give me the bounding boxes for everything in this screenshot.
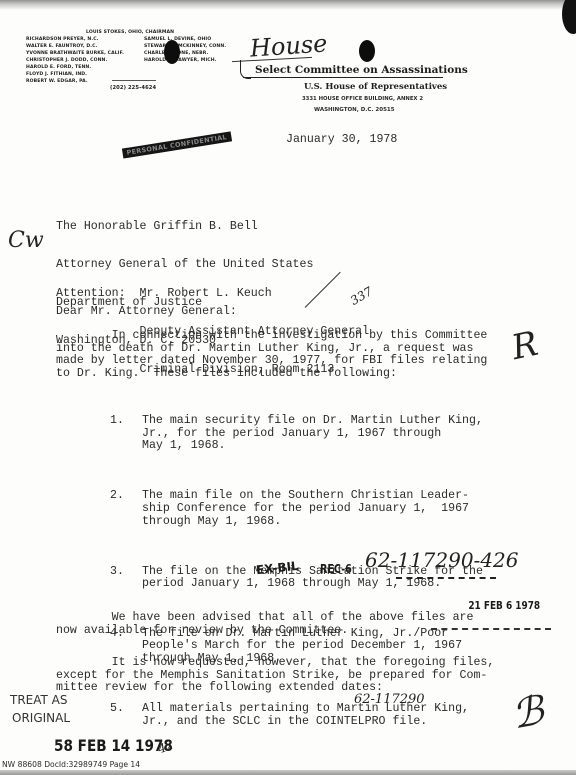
file-list: 1. The main security file on Dr. Martin … xyxy=(110,390,138,753)
redaction-blot xyxy=(164,40,180,64)
letterhead-committee: Select Committee on Assassinations xyxy=(255,64,468,76)
handwritten-treat-as: TREAT AS xyxy=(10,693,68,707)
stamp-rule xyxy=(396,577,496,579)
rec-stamp: REC-6 xyxy=(320,562,352,576)
received-stamp: 58 FEB 14 1978 xyxy=(54,736,173,755)
handwritten-original: ORIGINAL xyxy=(12,711,70,725)
list-item: 3. The file on the Memphis Sanitation St… xyxy=(110,566,138,591)
paragraph-2: We have been advised that all of the abo… xyxy=(56,612,473,637)
letterhead-house: U.S. House of Representatives xyxy=(304,82,447,92)
document-footer: NW 88608 DocId:32989749 Page 14 xyxy=(2,760,140,769)
divider xyxy=(112,80,156,81)
handwritten-signature-mark: ℬ xyxy=(508,688,547,739)
salutation: Dear Mr. Attorney General: xyxy=(56,306,237,319)
letterhead-chairman: LOUIS STOKES, OHIO, CHAIRMAN xyxy=(86,29,174,36)
letterhead-members-right: SAMUEL L. DEVINE, OHIO STEWART B. MCKINN… xyxy=(144,36,226,64)
paragraph-1: In connection with the investigation by … xyxy=(56,330,487,380)
redaction-blot xyxy=(359,40,375,62)
scan-edge-top xyxy=(0,0,576,10)
underline-mark xyxy=(431,628,551,630)
list-item: 5. All materials pertaining to Martin Lu… xyxy=(110,703,138,728)
letterhead-phone: (202) 225-4624 xyxy=(110,85,156,92)
paragraph-3: It is now requested, however, that the f… xyxy=(56,657,494,695)
scan-edge-bottom xyxy=(0,770,576,775)
handwritten-initial: R xyxy=(508,324,541,368)
handwritten-cw-mark: Cw xyxy=(8,228,44,253)
scan-corner-mark xyxy=(562,0,576,34)
handwritten-file-number: 62-117290-426 xyxy=(365,548,519,572)
confidential-stamp: PERSONAL CONFIDENTIAL xyxy=(122,131,232,158)
letter-date: January 30, 1978 xyxy=(286,134,397,147)
list-item: 1. The main security file on Dr. Martin … xyxy=(110,415,138,453)
letterhead-address: 3331 HOUSE OFFICE BUILDING, ANNEX 2 xyxy=(302,96,423,102)
handwritten-file-number-2: 62-117290 xyxy=(354,692,425,707)
letterhead-rule xyxy=(243,77,443,78)
letterhead-city: WASHINGTON, D.C. 20515 xyxy=(314,107,395,113)
list-item: 2. The main file on the Southern Christi… xyxy=(110,490,138,528)
date-stamp: 21 FEB 6 1978 xyxy=(468,600,540,612)
letterhead-members-left: RICHARDSON PREYER, N.C. WALTER E. FAUNTR… xyxy=(26,36,124,85)
